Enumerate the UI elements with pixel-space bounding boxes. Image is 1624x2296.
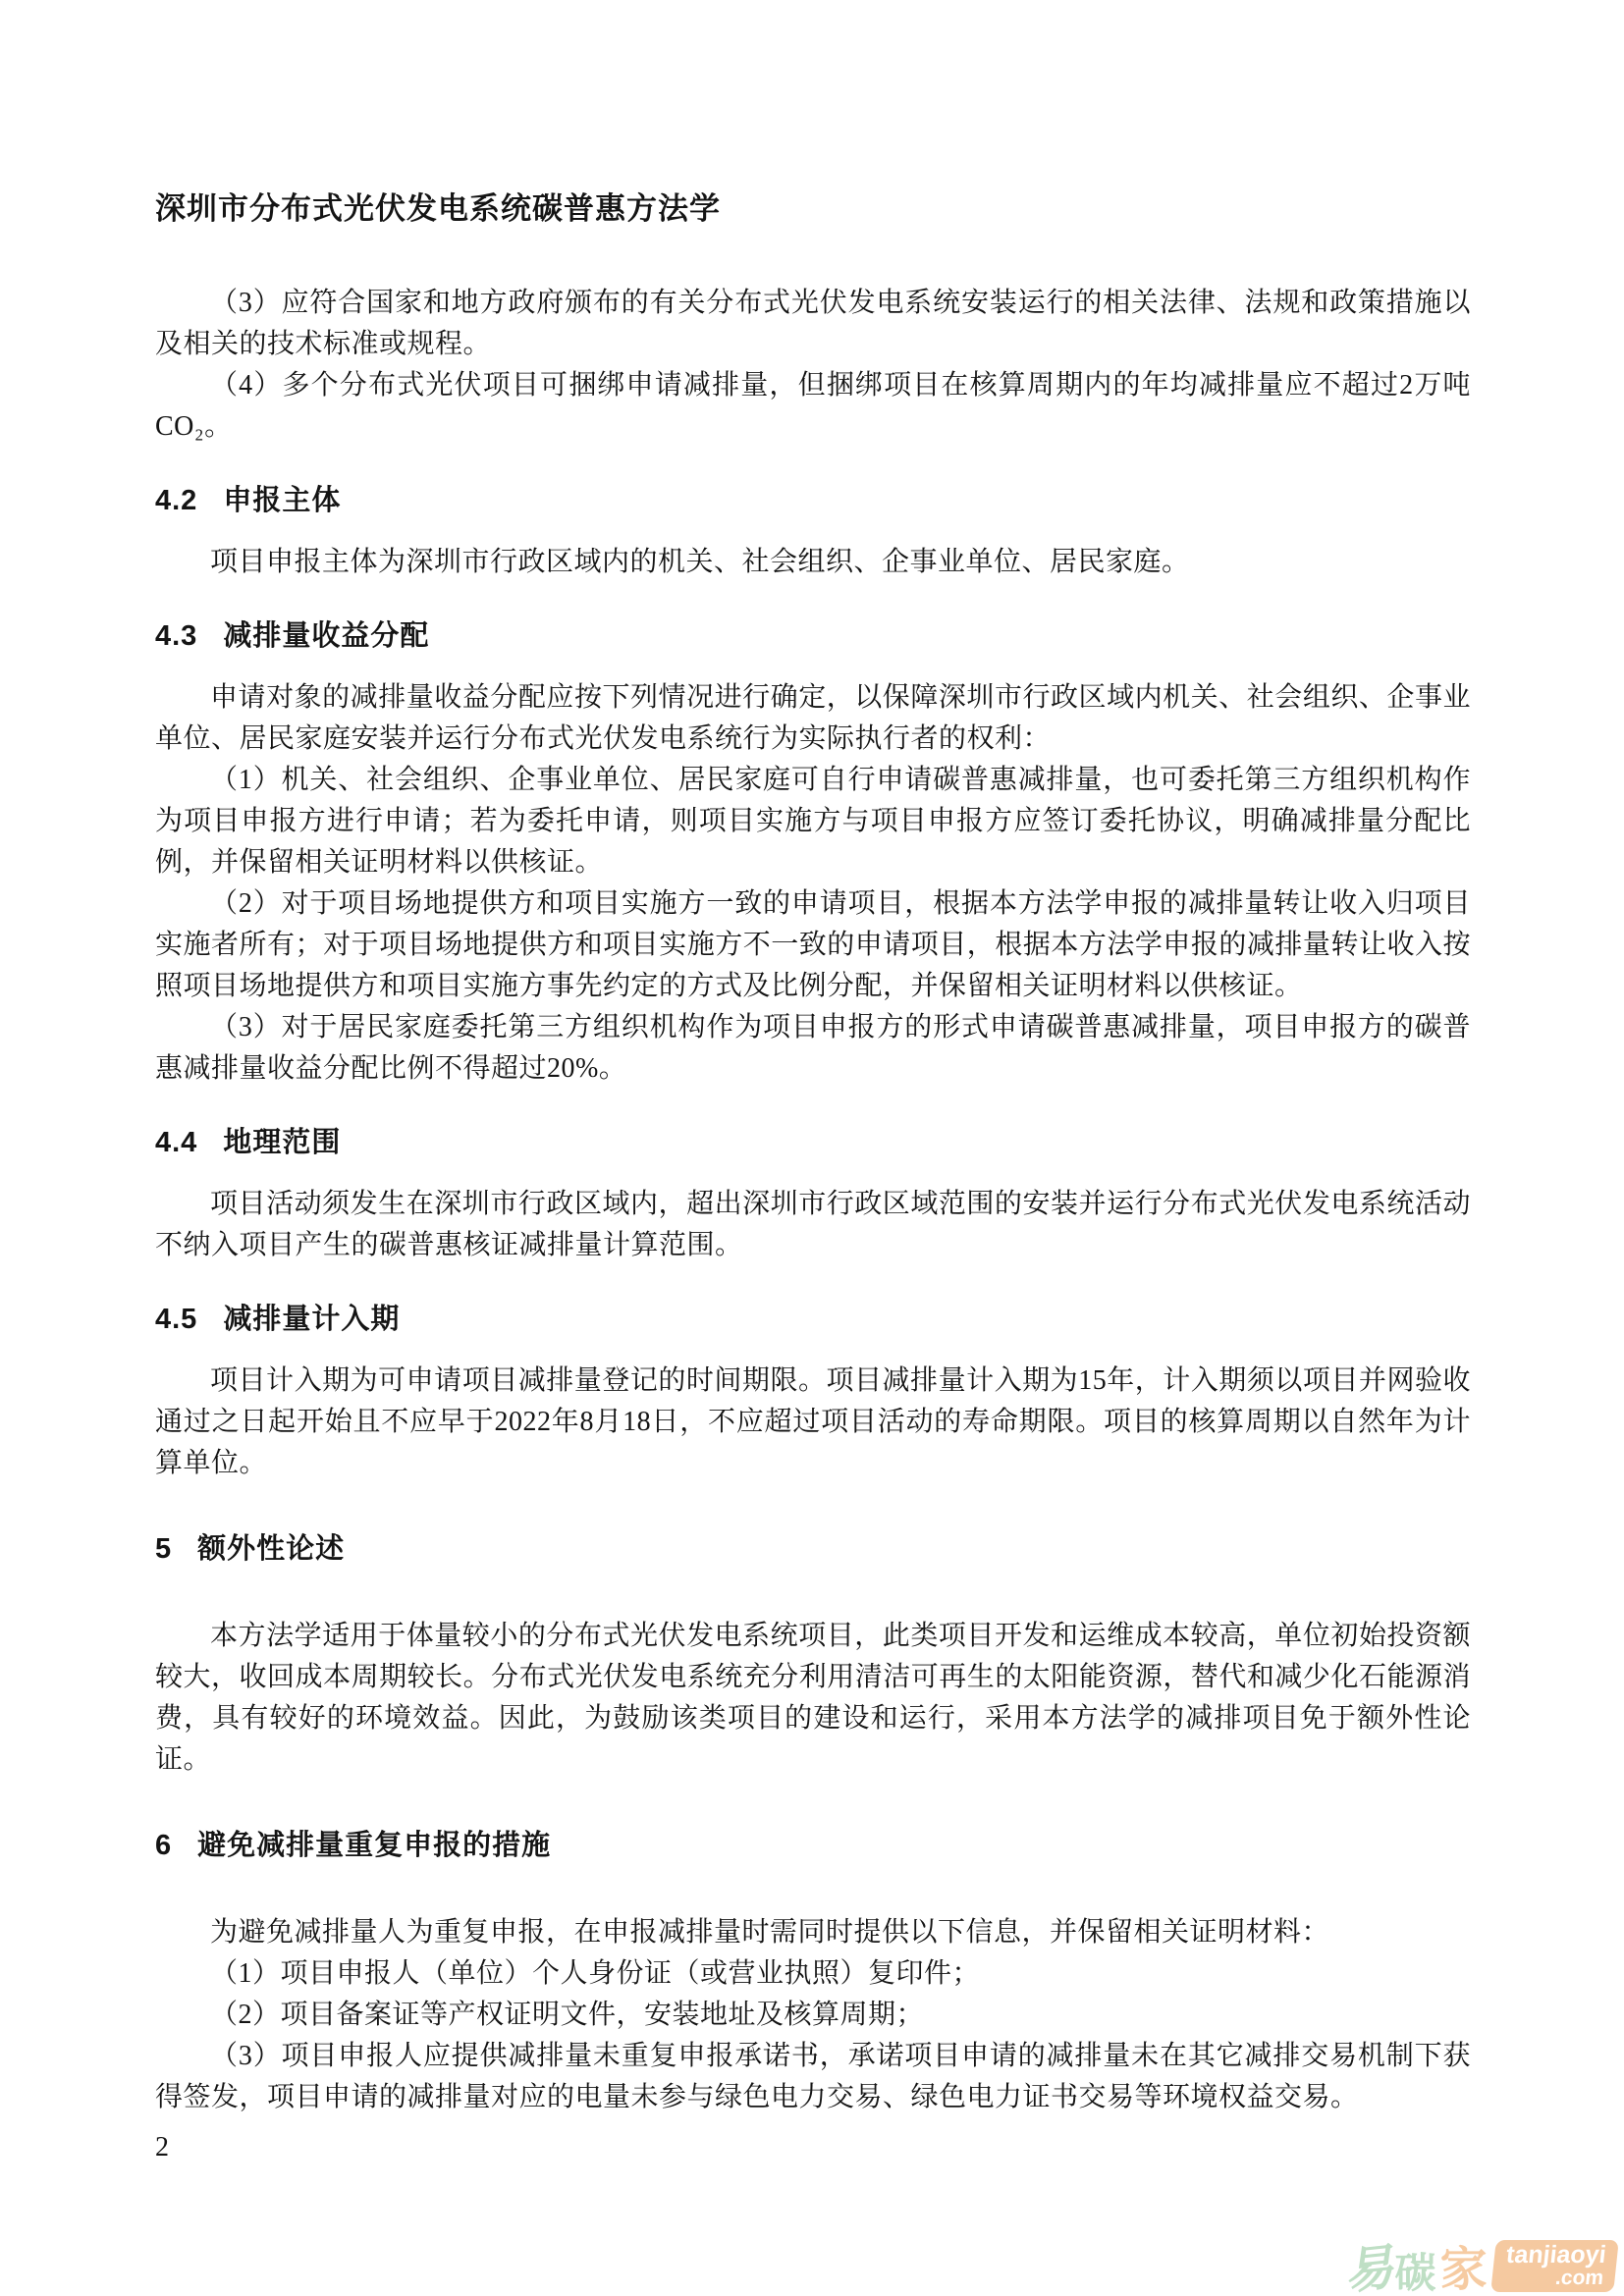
paragraph-item-3-conditions: （3）应符合国家和地方政府颁布的有关分布式光伏发电系统安装运行的相关法律、法规和…: [155, 283, 1471, 365]
section-heading-4-4: 4.4地理范围: [155, 1125, 1471, 1160]
paragraph-additionality: 本方法学适用于体量较小的分布式光伏发电系统项目，此类项目开发和运维成本较高，单位…: [155, 1616, 1471, 1781]
watermark-char-jia: 家: [1440, 2247, 1488, 2294]
section-title: 地理范围: [223, 1127, 341, 1158]
section-title: 申报主体: [223, 485, 341, 516]
page-number: 2: [155, 2130, 1471, 2165]
section-title: 减排量计入期: [223, 1304, 400, 1335]
paragraph-geographic-scope: 项目活动须发生在深圳市行政区域内，超出深圳市行政区域范围的安装并运行分布式光伏发…: [155, 1184, 1471, 1266]
document-page: 深圳市分布式光伏发电系统碳普惠方法学 （3）应符合国家和地方政府颁布的有关分布式…: [0, 0, 1624, 2296]
watermark-domain-badge: tanjiaoyi .com: [1490, 2240, 1619, 2292]
paragraph-declaring-subject: 项目申报主体为深圳市行政区域内的机关、社会组织、企事业单位、居民家庭。: [155, 542, 1471, 583]
document-content: 深圳市分布式光伏发电系统碳普惠方法学 （3）应符合国家和地方政府颁布的有关分布式…: [155, 190, 1471, 2165]
section-heading-6: 6避免减排量重复申报的措施: [155, 1828, 1471, 1863]
section-number: 4.3: [155, 620, 197, 652]
paragraph-benefit-item-1: （1）机关、社会组织、企事业单位、居民家庭可自行申请碳普惠减排量，也可委托第三方…: [155, 760, 1471, 883]
watermark-domain-name: tanjiaoyi: [1504, 2243, 1606, 2268]
section-title: 减排量收益分配: [223, 620, 429, 652]
watermark-domain-tld: .com: [1554, 2268, 1604, 2288]
section-number: 6: [155, 1830, 172, 1861]
section-title: 避免减排量重复申报的措施: [197, 1830, 551, 1861]
section-number: 4.4: [155, 1127, 197, 1158]
watermark-char-yi: 易: [1341, 2243, 1395, 2296]
paragraph-benefit-item-3: （3）对于居民家庭委托第三方组织机构作为项目申报方的形式申请碳普惠减排量，项目申…: [155, 1007, 1471, 1090]
paragraph-crediting-period: 项目计入期为可申请项目减排量登记的时间期限。项目减排量计入期为15年，计入期须以…: [155, 1361, 1471, 1484]
watermark-logo: 易 碳 家 tanjiaoyi .com: [1344, 2240, 1616, 2294]
section-heading-4-5: 4.5减排量计入期: [155, 1302, 1471, 1337]
section-number: 5: [155, 1533, 172, 1565]
watermark-char-tan: 碳: [1395, 2253, 1436, 2294]
paragraph-item-4-bundling: （4）多个分布式光伏项目可捆绑申请减排量，但捆绑项目在核算周期内的年均减排量应不…: [155, 365, 1471, 448]
paragraph-avoid-item-3: （3）项目申报人应提供减排量未重复申报承诺书，承诺项目申请的减排量未在其它减排交…: [155, 2036, 1471, 2118]
running-header-title: 深圳市分布式光伏发电系统碳普惠方法学: [155, 190, 1471, 228]
section-heading-4-3: 4.3减排量收益分配: [155, 618, 1471, 654]
section-heading-5: 5额外性论述: [155, 1531, 1471, 1567]
paragraph-avoid-item-2: （2）项目备案证等产权证明文件，安装地址及核算周期；: [155, 1995, 1471, 2036]
paragraph-benefit-allocation-intro: 申请对象的减排量收益分配应按下列情况进行确定，以保障深圳市行政区域内机关、社会组…: [155, 677, 1471, 760]
paragraph-avoid-item-1: （1）项目申报人（单位）个人身份证（或营业执照）复印件；: [155, 1953, 1471, 1995]
paragraph-avoid-double-counting-intro: 为避免减排量人为重复申报，在申报减排量时需同时提供以下信息，并保留相关证明材料：: [155, 1912, 1471, 1953]
section-number: 4.5: [155, 1304, 197, 1335]
paragraph-benefit-item-2: （2）对于项目场地提供方和项目实施方一致的申请项目，根据本方法学申报的减排量转让…: [155, 883, 1471, 1007]
section-heading-4-2: 4.2申报主体: [155, 483, 1471, 518]
section-title: 额外性论述: [197, 1533, 345, 1565]
section-number: 4.2: [155, 485, 197, 516]
